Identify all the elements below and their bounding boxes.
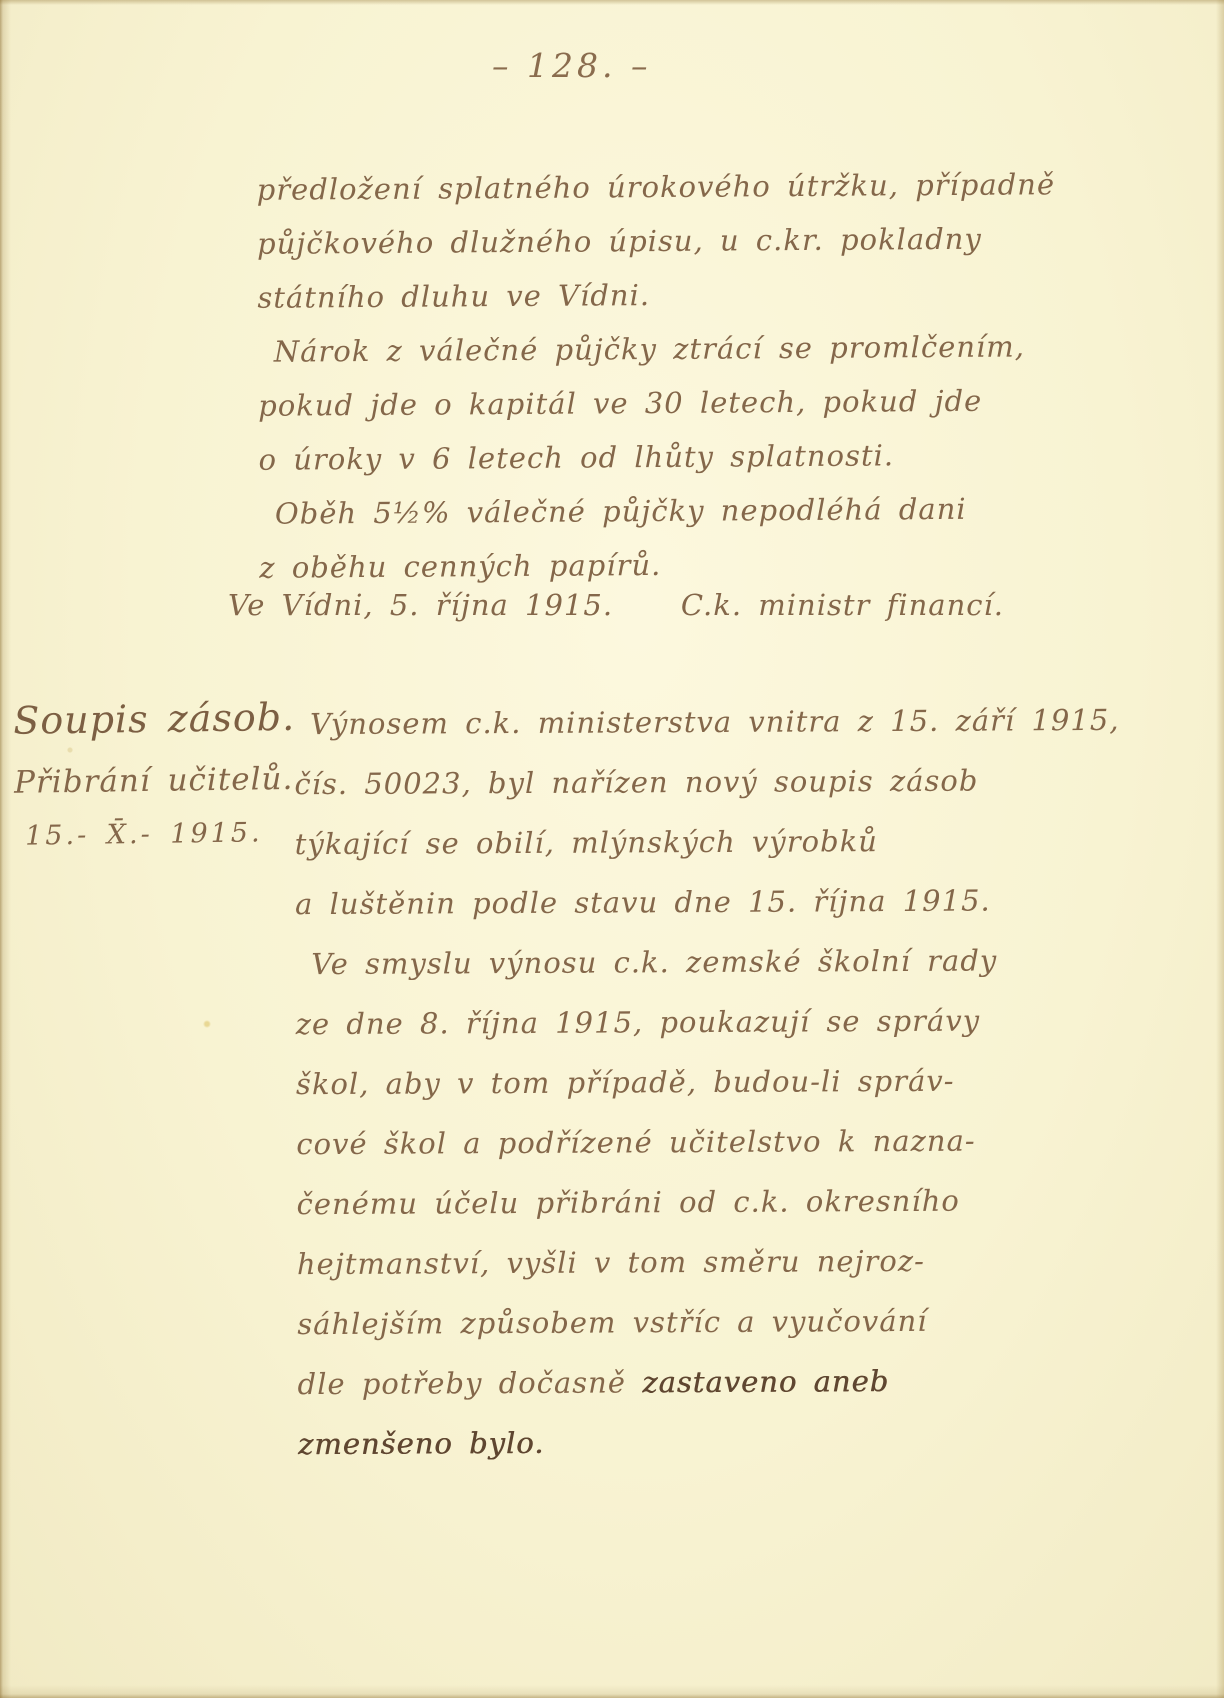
handwritten-line: státního dluhu ve Vídni. [257,265,1056,325]
handwritten-line: a luštěnin podle stavu dne 15. října 191… [295,870,1121,934]
handwritten-line: škol, aby v tom případě, budou-li správ- [296,1050,1122,1114]
manuscript-page: – 128. – předložení splatného úrokového … [0,0,1224,1698]
handwritten-line: ze dne 8. října 1915, poukazují se správ… [296,990,1122,1054]
margin-note-date: 15.- X̄.- 1915. [15,808,274,862]
handwritten-line: pokud jde o kapitál ve 30 letech, pokud … [258,373,1057,433]
handwritten-line: cové škol a podřízené učitelstvo k nazna… [296,1110,1122,1174]
emphasized-words: zastaveno aneb [642,1364,889,1399]
handwritten-line: čís. 50023, byl nařízen nový soupis záso… [294,750,1120,814]
page-number: – 128. – [492,46,651,85]
line-start: dle potřeby dočasně [297,1365,642,1401]
place-date: Ve Vídni, 5. října 1915. [228,588,613,622]
handwritten-line: Výnosem c.k. ministerstva vnitra z 15. z… [310,690,1120,754]
margin-note-subtitle: Přibrání učitelů. [14,750,273,812]
handwritten-line: zmenšeno bylo. [298,1410,1124,1474]
handwritten-line: půjčkového dlužného úpisu, u c.kr. pokla… [257,211,1056,271]
handwritten-line: sáhlejším způsobem vstříc a vyučování [297,1290,1123,1354]
date-and-signature-row: Ve Vídni, 5. října 1915. C.k. ministr fi… [228,588,1004,622]
handwritten-line: Nárok z válečné půjčky ztrácí se promlče… [274,319,1057,378]
handwritten-line: o úroky v 6 letech od lhůty splatnosti. [258,427,1057,487]
handwritten-line: Oběh 5½% válečné půjčky nepodléhá dani [275,481,1058,540]
supply-census-paragraph: Výnosem c.k. ministerstva vnitra z 15. z… [294,690,1123,1474]
handwritten-line: předložení splatného úrokového útržku, p… [257,157,1056,217]
handwritten-line: z oběhu cenných papírů. [259,535,1058,595]
handwritten-line: dle potřeby dočasně zastaveno aneb [297,1350,1123,1414]
handwritten-line: Ve smyslu výnosu c.k. zemské školní rady [311,930,1121,994]
margin-note-title: Soupis zásob. [13,684,272,754]
handwritten-line: hejtmanství, vyšli v tom směru nejroz- [297,1230,1123,1294]
handwritten-line: týkající se obilí, mlýnských výrobků [295,810,1121,874]
handwritten-line: čenému účelu přibráni od c.k. okresního [296,1170,1122,1234]
signature: C.k. ministr financí. [681,588,1004,622]
margin-note: Soupis zásob. Přibrání učitelů. 15.- X̄.… [13,684,273,862]
decree-closing-paragraph: předložení splatného úrokového útržku, p… [257,157,1058,595]
